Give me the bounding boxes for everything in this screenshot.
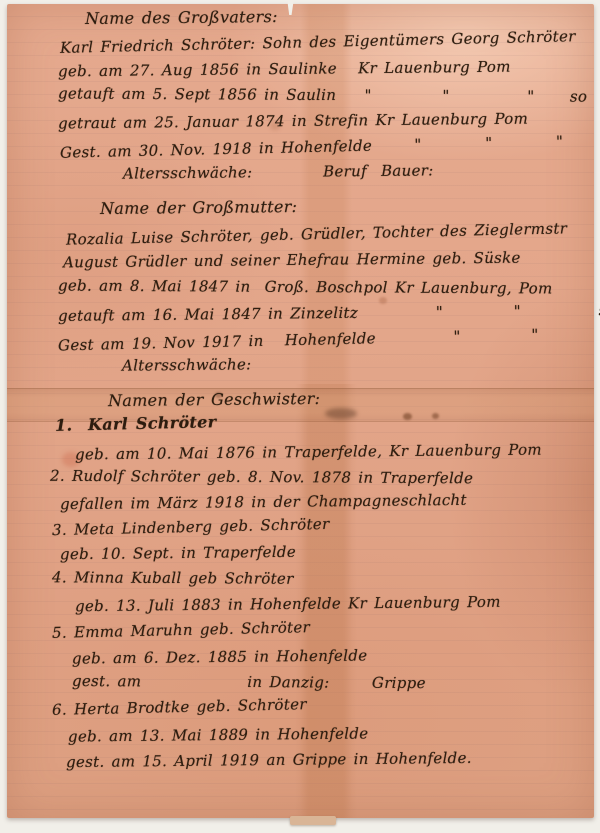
- handwritten-line: getraut am 25. Januar 1874 in Strefin Kr…: [58, 110, 528, 133]
- handwritten-line: Rozalia Luise Schröter, geb. Grüdler, To…: [66, 219, 567, 248]
- handwritten-line: geb. am 10. Mai 1876 in Traperfelde, Kr …: [75, 441, 542, 464]
- handwritten-line: geb. am 6. Dez. 1885 in Hohenfelde: [72, 646, 368, 667]
- handwritten-line: geb. 13. Juli 1883 in Hohenfelde Kr Laue…: [75, 593, 501, 615]
- section-heading-siblings: Namen der Geschwister:: [108, 389, 320, 410]
- handwritten-line: getauft am 16. Mai 1847 in Zinzelitz " "…: [58, 301, 600, 325]
- handwritten-line: 2. Rudolf Schröter geb. 8. Nov. 1878 in …: [50, 467, 473, 488]
- handwritten-line: Karl Friedrich Schröter: Sohn des Eigent…: [60, 27, 576, 57]
- handwritten-line: geb. am 8. Mai 1847 in Groß. Boschpol Kr…: [58, 276, 553, 297]
- handwritten-line: 5. Emma Maruhn geb. Schröter: [52, 618, 310, 642]
- handwritten-line: Altersschwäche: Beruf Bauer:: [123, 161, 434, 182]
- handwritten-line: Gest. am 30. Nov. 1918 in Hohenfelde " "…: [60, 132, 564, 161]
- handwritten-line: 3. Meta Lindenberg geb. Schröter: [52, 515, 330, 539]
- section-heading-grandmother: Name der Großmutter:: [100, 197, 298, 218]
- handwritten-line: gest. am 15. April 1919 an Grippe in Hoh…: [66, 749, 472, 771]
- handwritten-line: geb. am 27. Aug 1856 in Saulinke Kr Laue…: [58, 58, 511, 81]
- handwritten-line: geb. am 13. Mai 1889 in Hohenfelde: [68, 724, 369, 745]
- handwritten-line: 6. Herta Brodtke geb. Schröter: [52, 695, 307, 719]
- handwritten-line: Gest am 19. Nov 1917 in Hohenfelde " ": [58, 326, 539, 355]
- handwriting-layer: Name des Großvaters: Karl Friedrich Schr…: [0, 0, 600, 833]
- handwritten-line: August Grüdler und seiner Ehefrau Hermin…: [63, 249, 521, 272]
- handwritten-line: gest. am in Danzig: Grippe: [72, 672, 426, 692]
- document-scan: Name des Großvaters: Karl Friedrich Schr…: [0, 0, 600, 833]
- handwritten-line: gefallen im März 1918 in der Champagnesc…: [60, 491, 467, 513]
- section-heading-grandfather: Name des Großvaters:: [85, 7, 278, 28]
- handwritten-line: geb. 10. Sept. in Traperfelde: [60, 543, 296, 563]
- handwritten-line: 1. Karl Schröter: [55, 412, 217, 435]
- handwritten-line: 4. Minna Kuball geb Schröter: [52, 568, 294, 587]
- handwritten-line: Altersschwäche:: [122, 355, 252, 374]
- handwritten-line: getauft am 5. Sept 1856 in Saulin " " " …: [58, 84, 587, 105]
